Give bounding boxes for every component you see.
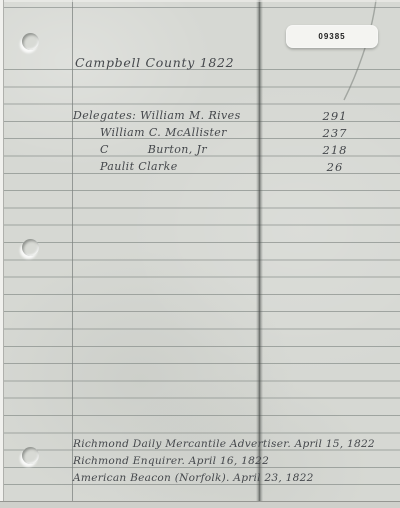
punch-hole-middle	[22, 239, 39, 256]
catalog-number: 09385	[318, 32, 345, 41]
delegate-votes: 237	[310, 126, 360, 140]
citation-line: American Beacon (Norfolk). April 23, 182…	[73, 472, 314, 484]
paper-top-edge	[3, 0, 400, 2]
left-margin-line	[72, 0, 73, 502]
delegate-row: William C. McAllister 237	[0, 126, 400, 143]
delegate-name: William C. McAllister	[100, 126, 227, 139]
paper-bottom-edge	[0, 501, 400, 508]
scanned-ledger-page: 09385 Campbell County 1822 Delegates: Wi…	[0, 0, 400, 508]
delegate-row: Delegates: William M. Rives 291	[0, 109, 400, 126]
paper-left-edge	[0, 0, 4, 508]
punch-hole-bottom	[22, 447, 39, 464]
delegate-row: Paulit Clarke 26	[0, 160, 400, 177]
catalog-label: 09385	[286, 25, 378, 48]
delegate-row: C Burton, Jr 218	[0, 143, 400, 160]
delegate-name: Paulit Clarke	[100, 160, 178, 173]
citation-line: Richmond Enquirer. April 16, 1822	[73, 455, 269, 467]
top-rule-line	[3, 7, 400, 8]
page-title: Campbell County 1822	[75, 55, 234, 70]
punch-hole-top	[22, 33, 39, 50]
delegate-votes: 291	[310, 109, 360, 123]
center-fold-crease	[256, 0, 263, 502]
citation-line: Richmond Daily Mercantile Advertiser. Ap…	[73, 438, 375, 450]
delegate-name: C Burton, Jr	[100, 143, 207, 156]
delegate-name: Delegates: William M. Rives	[73, 109, 241, 122]
delegate-votes: 26	[310, 160, 360, 174]
delegate-votes: 218	[310, 143, 360, 157]
